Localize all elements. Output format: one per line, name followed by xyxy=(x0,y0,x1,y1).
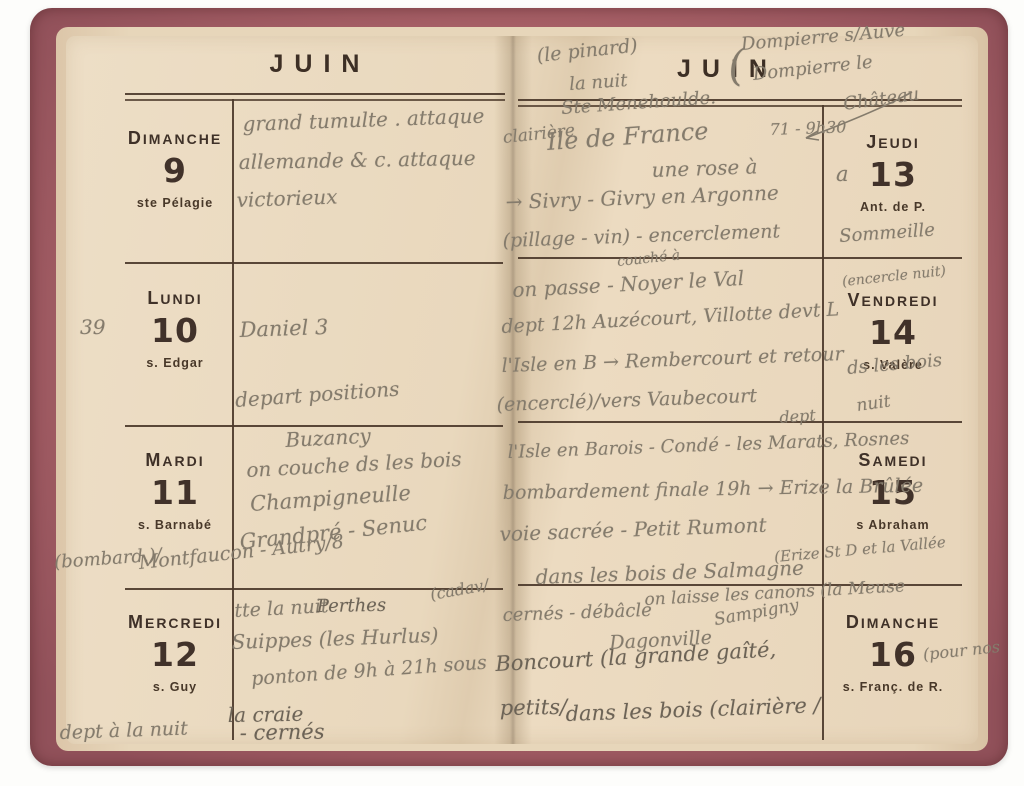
day-block: DIMANCHE 9 ste Pélagie xyxy=(120,128,230,210)
handwritten-note: 39 xyxy=(80,315,105,339)
saint-name: s. Guy xyxy=(120,680,230,694)
handwritten-note: Daniel 3 xyxy=(239,315,329,342)
day-name: JEUDI xyxy=(828,132,958,153)
day-number: 9 xyxy=(120,151,230,190)
day-name: MARDI xyxy=(120,450,230,471)
saint-name: s. Barnabé xyxy=(120,518,230,532)
saint-name: ste Pélagie xyxy=(120,196,230,210)
handwritten-note: allemande & c. attaque xyxy=(239,146,476,174)
handwritten-note: Perthes xyxy=(317,595,387,617)
saint-name: s. Edgar xyxy=(120,356,230,370)
day-name: DIMANCHE xyxy=(120,128,230,149)
day-number: 12 xyxy=(120,635,230,674)
day-block: MERCREDI 12 s. Guy xyxy=(120,612,230,694)
handwritten-note: la nuit xyxy=(569,70,629,95)
row-divider xyxy=(125,262,503,264)
handwritten-note: victorieux xyxy=(236,184,338,212)
saint-name: Ant. de P. xyxy=(828,200,958,214)
handwritten-note: petits/ xyxy=(500,695,568,720)
day-name: DIMANCHE xyxy=(828,612,958,633)
diary-photo: JUIN DIMANCHE 9 ste Pélagie LUNDI 10 s. … xyxy=(0,0,1024,786)
day-block: MARDI 11 s. Barnabé xyxy=(120,450,230,532)
handwritten-note: dept xyxy=(779,406,817,427)
day-name: MERCREDI xyxy=(120,612,230,633)
handwritten-note: Buzancy xyxy=(285,424,372,452)
handwritten-note: - cernés xyxy=(240,720,325,745)
saint-name: s Abraham xyxy=(828,518,958,532)
double-rule xyxy=(125,99,505,101)
double-rule xyxy=(125,93,505,95)
handwritten-note: une rose à xyxy=(651,154,758,182)
day-number: 11 xyxy=(120,473,230,512)
handwritten-note: dept à la nuit xyxy=(59,718,188,744)
row-divider xyxy=(518,421,962,423)
day-block: LUNDI 10 s. Edgar xyxy=(120,288,230,370)
handwritten-note: a xyxy=(836,162,849,186)
day-number: 14 xyxy=(828,313,958,352)
row-divider xyxy=(518,257,962,259)
handwritten-note: 71 - 9h30 xyxy=(769,117,846,139)
month-title-left: JUIN xyxy=(230,50,410,79)
day-name: SAMEDI xyxy=(828,450,958,471)
day-number: 10 xyxy=(120,311,230,350)
day-name: LUNDI xyxy=(120,288,230,309)
saint-name: s. Franç. de R. xyxy=(828,680,958,694)
day-name: VENDREDI xyxy=(828,290,958,311)
